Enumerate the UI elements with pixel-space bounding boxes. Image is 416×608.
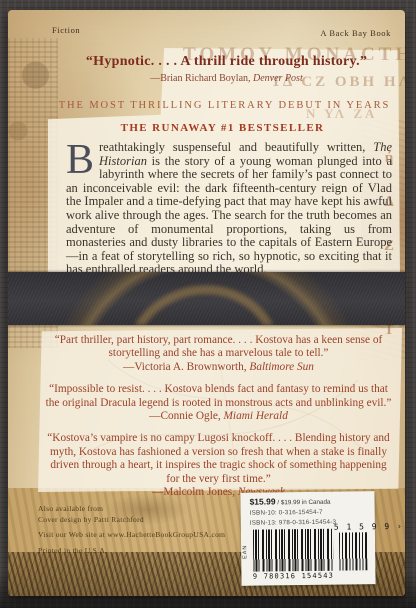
credits-line: Visit our Web site at www.HachetteBookGr… [38, 530, 225, 539]
synopsis-rest: is the story of a young woman plunged in… [66, 154, 392, 277]
attribution-source: Denver Post [253, 73, 303, 84]
review-quote: “Impossible to resist. . . . Kostova ble… [44, 383, 393, 423]
attribution-name: —Brian Richard Boylan, [150, 73, 253, 84]
headline-quote-attribution: —Brian Richard Boylan, Denver Post [56, 73, 397, 84]
drop-cap: B [66, 141, 99, 177]
isbn-price-label: $15.99 / $19.99 in Canada ISBN-10: 0-316… [240, 491, 375, 586]
spine-leather-band [8, 272, 405, 325]
barcode-addon [339, 532, 367, 570]
photo-background: ΤΟΜΟΥ ΜΟΝΑCΤΗΡ ΤΔ CΖ ΟΒΗ ΗΛΤ Ν ΥΛ ΖΑ ή Δ… [0, 0, 416, 608]
review-quote: “Part thriller, part history, part roman… [44, 334, 393, 374]
credits-line: Printed in the U.S.A. [38, 546, 107, 555]
isbn-13: ISBN-13: 978-0-316-15454-3 [250, 518, 337, 526]
price: $15.99 / $19.99 in Canada [249, 496, 330, 507]
review-quotes-section: “Part thriller, part history, part roman… [44, 334, 393, 508]
synopsis-lead: reathtakingly suspenseful and beautifull… [99, 140, 373, 154]
quote-text: “Part thriller, part history, part roman… [55, 334, 383, 359]
category-label: Fiction [52, 25, 80, 35]
gold-curve-art [8, 272, 405, 325]
headline-quote: “Hypnotic. . . . A thrill ride through h… [56, 54, 397, 70]
quote-attribution: —Connie Ogle, Miami Herald [149, 410, 288, 422]
isbn-10: ISBN-10: 0-316-15454-7 [250, 509, 323, 517]
price-canada: / $19.99 in Canada [276, 499, 331, 507]
review-quote: “Kostova’s vampire is no campy Lugosi kn… [44, 432, 393, 499]
imprint-label: A Back Bay Book [320, 28, 391, 38]
barcode-digits: 9 780316 154543 [245, 572, 341, 581]
debut-banner: THE MOST THRILLING LITERARY DEBUT IN YEA… [48, 100, 401, 111]
ean-label: EAN [242, 545, 248, 559]
credits-line: Cover design by Patti Ratchford [38, 515, 144, 524]
bestseller-banner: THE RUNAWAY #1 BESTSELLER [48, 122, 397, 134]
quote-text: “Kostova’s vampire is no campy Lugosi kn… [47, 432, 389, 484]
book-back-cover: ΤΟΜΟΥ ΜΟΝΑCΤΗΡ ΤΔ CΖ ΟΒΗ ΗΛΤ Ν ΥΛ ΖΑ ή Δ… [8, 10, 405, 596]
barcode [253, 529, 334, 572]
attribution-source: Baltimore Sun [249, 361, 314, 373]
synopsis-paragraph: Breathtakingly suspenseful and beautiful… [66, 141, 392, 277]
price-us: $15.99 [249, 496, 275, 506]
attribution-name: —Victoria A. Brownworth, [123, 361, 249, 373]
attribution-name: —Malcolm Jones, [152, 486, 238, 498]
barcode-addon-digits: 5 1 5 9 9 › [334, 522, 370, 531]
attribution-source: Miami Herald [224, 410, 288, 422]
attribution-name: —Connie Ogle, [149, 410, 223, 422]
quote-attribution: —Victoria A. Brownworth, Baltimore Sun [44, 361, 393, 374]
quote-text: “Impossible to resist. . . . Kostova ble… [46, 383, 392, 408]
